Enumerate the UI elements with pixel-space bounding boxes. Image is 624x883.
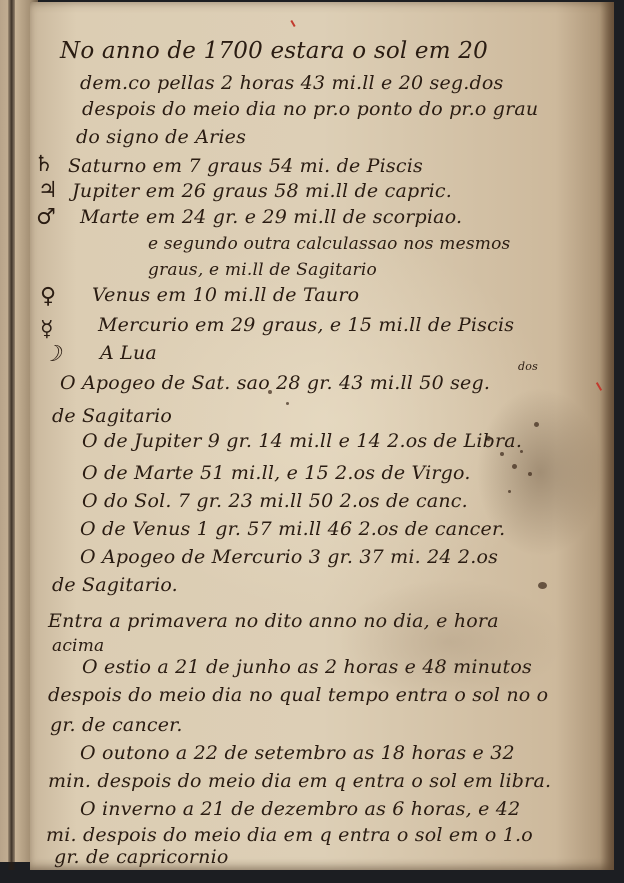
manuscript-line: Jupiter em 26 graus 58 mi.ll de capric.	[72, 182, 452, 201]
manuscript-line: Mercurio em 29 graus, e 15 mi.ll de Pisc…	[98, 316, 514, 335]
manuscript-line: A Lua	[100, 344, 157, 363]
manuscript-line: O estio a 21 de junho as 2 horas e 48 mi…	[82, 658, 532, 677]
manuscript-line: e segundo outra calculassao nos mesmos	[148, 236, 510, 253]
mars-symbol-icon: ♂	[36, 205, 56, 230]
manuscript-line: No anno de 1700 estara o sol em 20	[60, 40, 488, 63]
manuscript-line: O de Marte 51 mi.ll, e 15 2.os de Virgo.	[82, 464, 471, 483]
manuscript-line: dem.co pellas 2 horas 43 mi.ll e 20 seg.…	[80, 74, 503, 93]
mercury-symbol-icon: ☿	[40, 317, 54, 342]
manuscript-line: mi. despois do meio dia em q entra o sol…	[46, 826, 533, 845]
manuscript-line: gr. de capricornio	[54, 848, 229, 867]
manuscript-line: Marte em 24 gr. e 29 mi.ll de scorpiao.	[80, 208, 462, 227]
manuscript-line: do signo de Aries	[76, 128, 246, 147]
manuscript-line: O Apogeo de Mercurio 3 gr. 37 mi. 24 2.o…	[80, 548, 498, 567]
manuscript-line: min. despois do meio dia em q entra o so…	[48, 772, 551, 791]
manuscript-line: de Sagitario	[52, 407, 172, 426]
manuscript-line: O inverno a 21 de dezembro as 6 horas, e…	[80, 800, 520, 819]
manuscript-line: O de Venus 1 gr. 57 mi.ll 46 2.os de can…	[80, 520, 505, 539]
manuscript-line: Venus em 10 mi.ll de Tauro	[92, 286, 359, 305]
manuscript-line: Saturno em 7 graus 54 mi. de Piscis	[68, 157, 423, 176]
manuscript-line: acima	[52, 638, 104, 655]
manuscript-line: O do Sol. 7 gr. 23 mi.ll 50 2.os de canc…	[82, 492, 468, 511]
manuscript-line: graus, e mi.ll de Sagitario	[148, 262, 377, 279]
manuscript-line: de Sagitario.	[52, 576, 178, 595]
venus-symbol-icon: ♀	[40, 284, 56, 309]
manuscript-line: O outono a 22 de setembro as 18 horas e …	[80, 744, 515, 763]
manuscript-line: O de Jupiter 9 gr. 14 mi.ll e 14 2.os de…	[82, 432, 522, 451]
manuscript-line: gr. de cancer.	[50, 716, 183, 735]
manuscript-line: Entra a primavera no dito anno no dia, e…	[48, 612, 499, 631]
jupiter-symbol-icon: ♃	[38, 178, 58, 203]
binding-shadow	[8, 0, 15, 870]
moon-symbol-icon: ☽	[42, 342, 62, 367]
manuscript-text: ♄ ♃ ♂ ♀ ☿ ☽ No anno de 1700 estara o sol…	[30, 2, 614, 870]
superscript: dos	[518, 360, 538, 373]
manuscript-line: O Apogeo de Sat. sao 28 gr. 43 mi.ll 50 …	[60, 374, 490, 393]
manuscript-line: despois do meio dia no qual tempo entra …	[48, 686, 548, 705]
manuscript-scan: ♄ ♃ ♂ ♀ ☿ ☽ No anno de 1700 estara o sol…	[0, 0, 624, 883]
saturn-symbol-icon: ♄	[34, 152, 54, 177]
manuscript-line: despois do meio dia no pr.o ponto do pr.…	[82, 100, 538, 119]
manuscript-page: ♄ ♃ ♂ ♀ ☿ ☽ No anno de 1700 estara o sol…	[30, 2, 614, 870]
